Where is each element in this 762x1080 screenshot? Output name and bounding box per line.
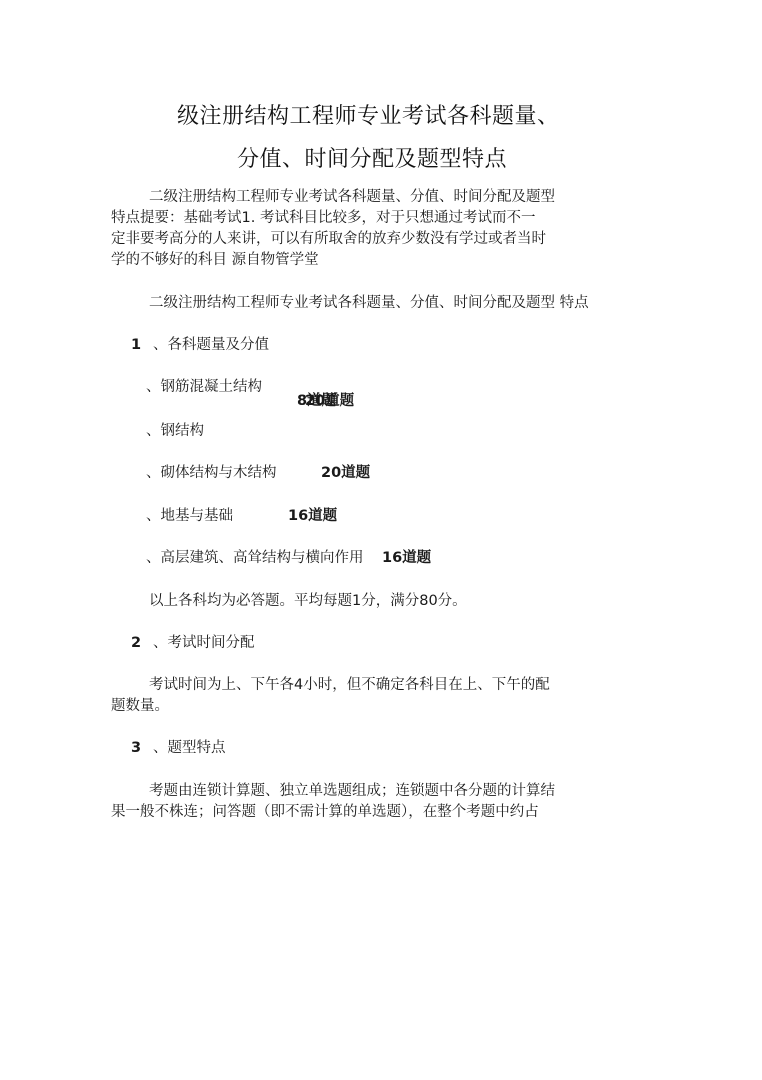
section-3-line-2: 果一般不株连；问答题（即不需计算的单选题），在整个考题中约占 [111,802,539,822]
section-2-number: 2 [131,633,141,653]
section-2-line-1: 考试时间为上、下午各4小时，但不确定各科目在上、下午的配 [149,675,550,695]
section-1-heading: 、各科题量及分值 [153,335,269,355]
item-label-foundation: 、地基与基础 [146,506,233,526]
title-line-2: 分值、时间分配及题型特点 [237,142,507,173]
section-3-heading: 、题型特点 [153,738,226,758]
item-count-masonry: 20道题 [321,463,370,483]
intro-line-4: 学的不够好的科目 源自物管学堂 [111,250,319,270]
item-label-highrise: 、高层建筑、高耸结构与横向作用 [146,548,364,568]
section-2-line-2: 题数量。 [111,696,169,716]
item-label-masonry: 、砌体结构与木结构 [146,463,277,483]
section-2-heading: 、考试时间分配 [153,633,255,653]
intro-line-3: 定非要考高分的人来讲，可以有所取舍的放弃少数没有学过或者当时 [111,229,546,249]
item-label-concrete: 、钢筋混凝土结构 [146,377,262,397]
subtitle: 二级注册结构工程师专业考试各科题量、分值、时间分配及题型 特点 [149,293,589,313]
title-line-1: 级注册结构工程师专业考试各科题量、 [177,99,560,130]
intro-line-1: 二级注册结构工程师专业考试各科题量、分值、时间分配及题型 [149,187,555,207]
item-label-steel: 、钢结构 [146,421,204,441]
intro-line-2: 特点提要：基础考试1. 考试科目比较多，对于只想通过考试而不一 [111,208,535,228]
document-page: 级注册结构工程师专业考试各科题量、 分值、时间分配及题型特点 二级注册结构工程师… [0,0,762,1080]
section-3-line-1: 考题由连锁计算题、独立单选题组成；连锁题中各分题的计算结 [149,781,555,801]
item-count-concrete-b: 20道题 [305,391,354,411]
item-count-highrise: 16道题 [382,548,431,568]
section-1-summary: 以上各科均为必答题。平均每题1分，满分80分。 [149,591,467,611]
section-1-number: 1 [131,335,141,355]
section-3-number: 3 [131,738,141,758]
item-count-foundation: 16道题 [288,506,337,526]
